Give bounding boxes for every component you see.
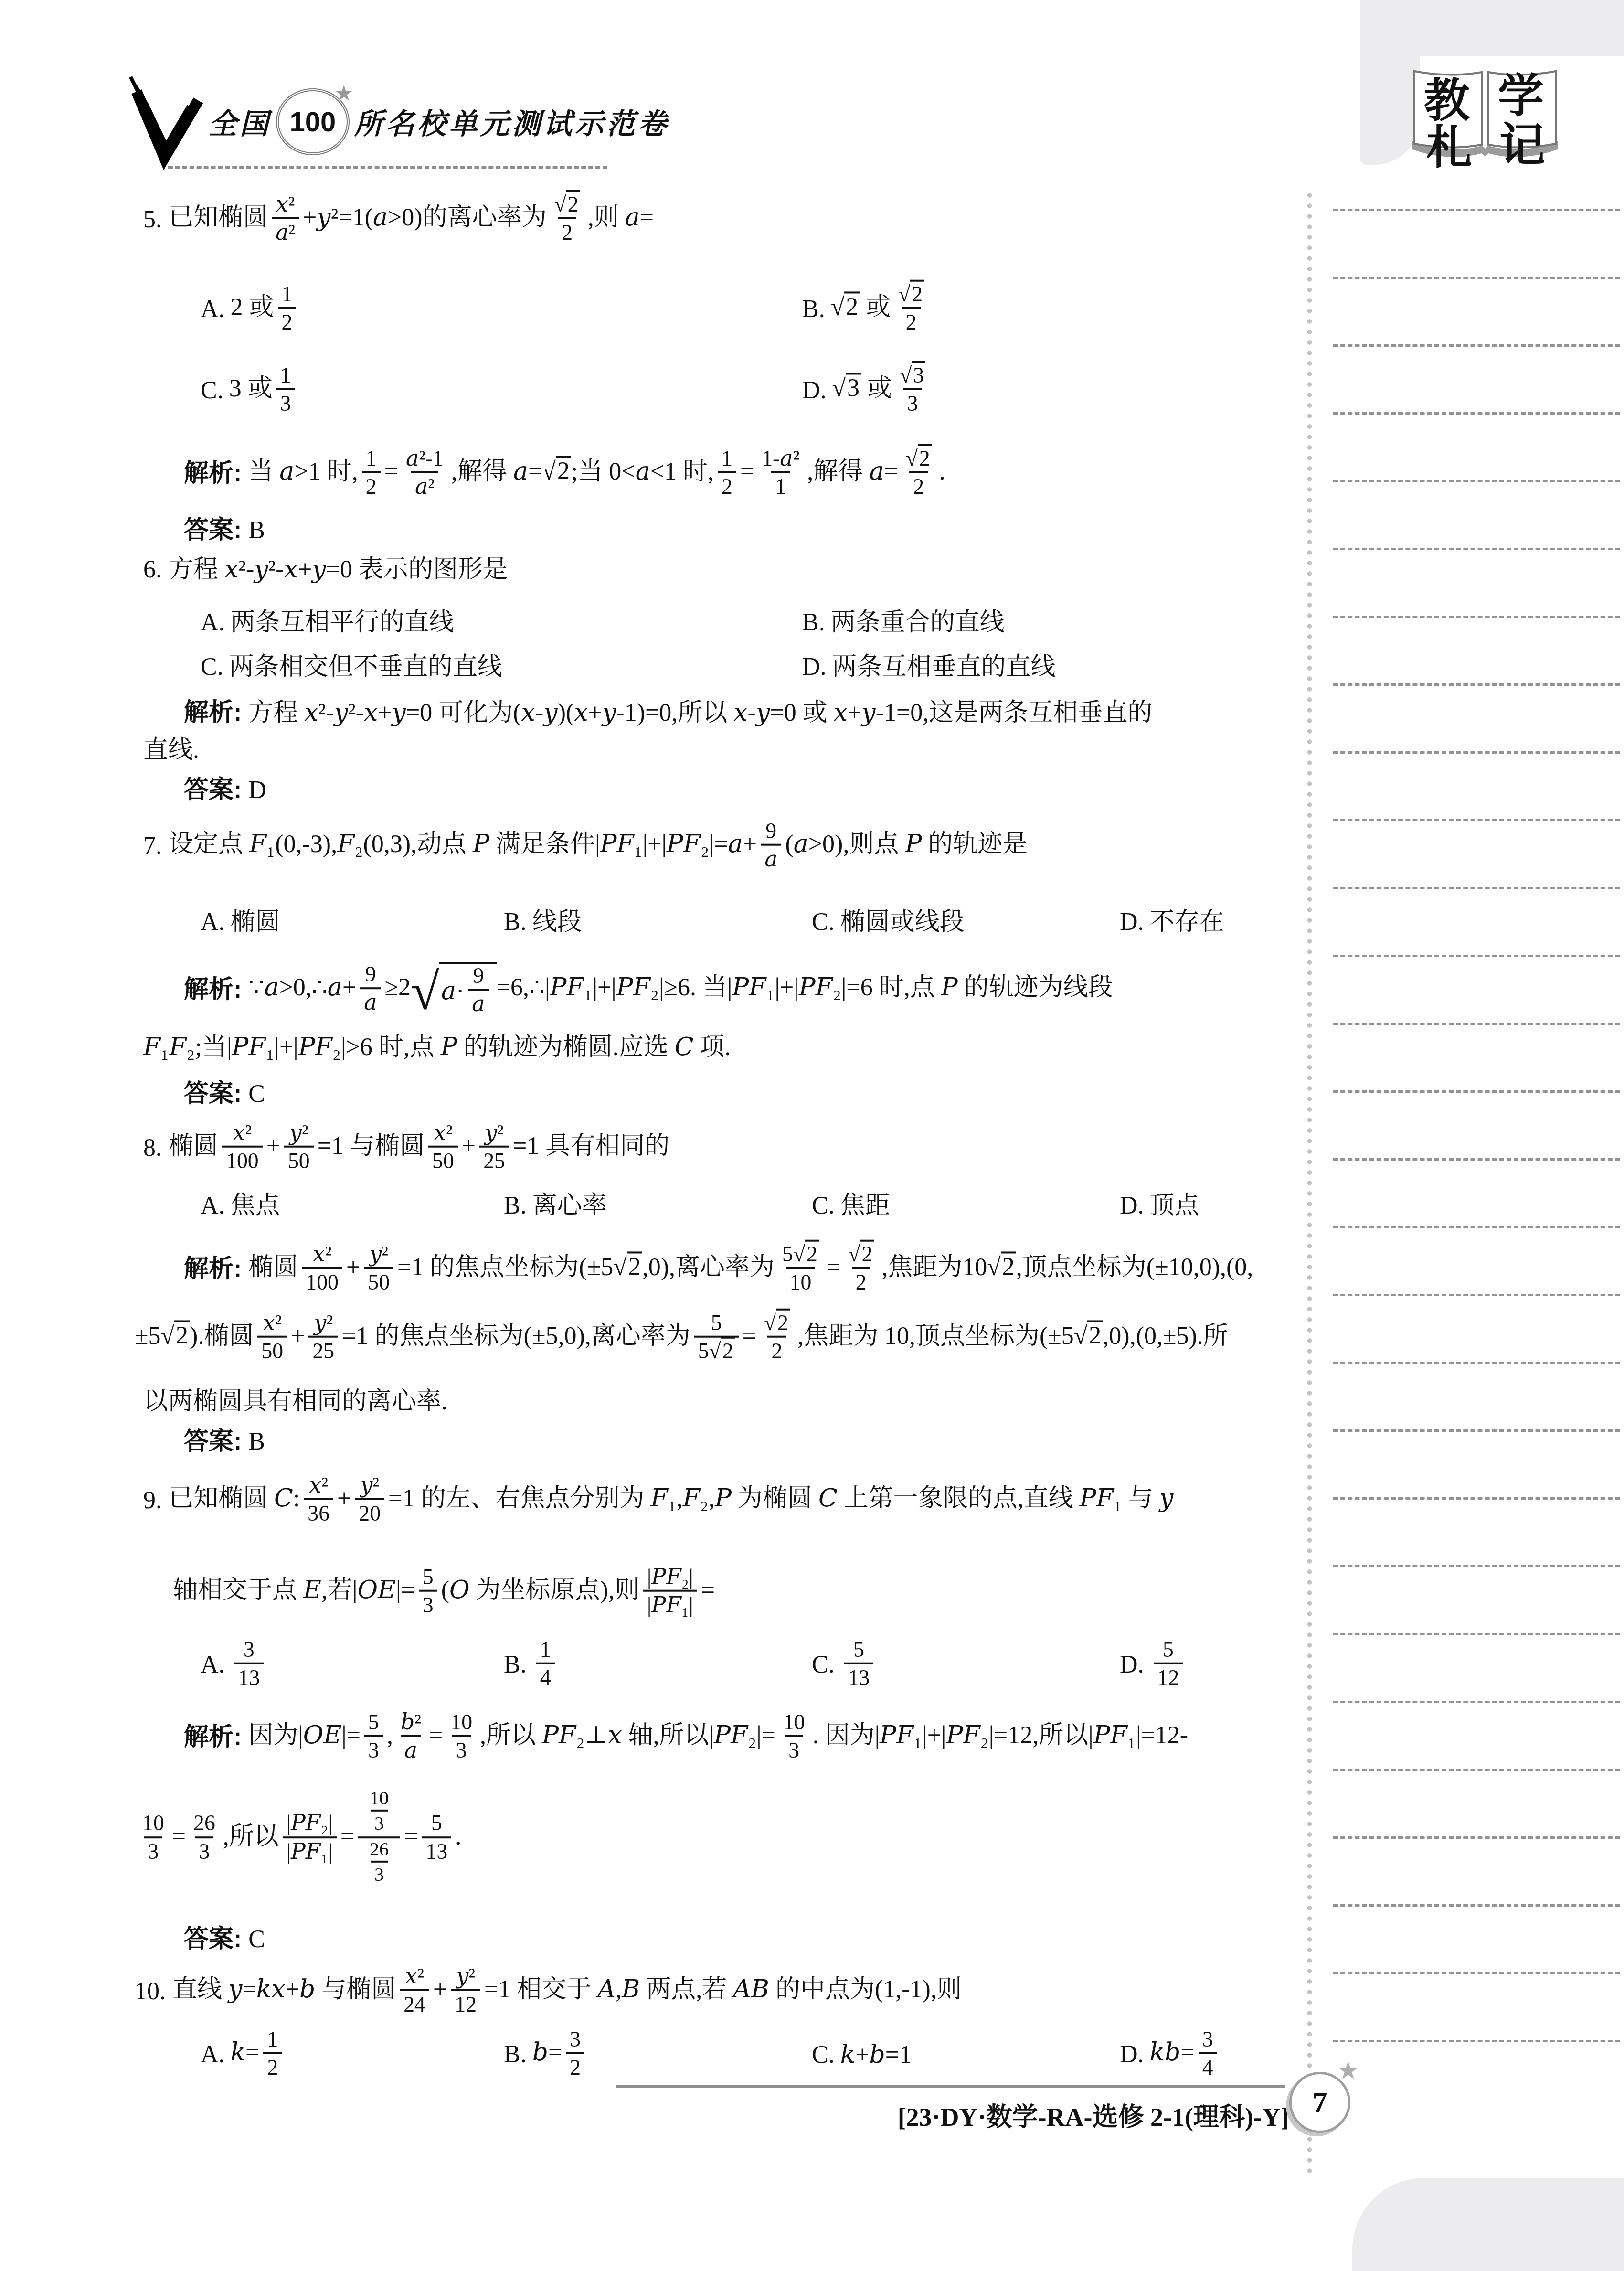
q8-option-a: A. 焦点: [201, 1190, 280, 1221]
q9-stem-2: 轴相交于点 E,若|OE|=53(O 为坐标原点),则|PF₂||PF₁|=: [173, 1567, 715, 1618]
note-dashed-line: [1333, 616, 1620, 618]
note-dashed-line: [1333, 1158, 1620, 1161]
q9-option-d: D. 512: [1120, 1639, 1187, 1690]
q8-option-d: D. 顶点: [1120, 1190, 1199, 1221]
q9-option-a: A. 313: [201, 1639, 267, 1690]
q10-option-a: A. k=12: [201, 2029, 286, 2080]
q6-analysis-1: 解析: 方程 x²-y²-x+y=0 可化为(x-y)(x+y-1)=0,所以 …: [184, 697, 1152, 728]
note-dashed-line: [1333, 887, 1620, 889]
note-dashed-line: [1333, 209, 1620, 211]
q9-option-b: B. 14: [504, 1639, 559, 1690]
q8-analysis-2: ±5√2).椭圆x²50+y²25=1 的焦点坐标为(±5,0),离心率为55√…: [135, 1312, 1228, 1364]
note-dashed-line: [1333, 1904, 1620, 1907]
note-dashed-line: [1333, 548, 1620, 550]
header-dashed-underline: [168, 166, 607, 169]
note-dashed-line: [1333, 1836, 1620, 1839]
note-dashed-line: [1333, 344, 1620, 347]
q5-option-d: D. √3 或√33: [802, 365, 933, 416]
brand-title-prefix: 全国: [208, 101, 271, 142]
brand-title-suffix: 所名校单元测试示范卷: [354, 101, 669, 142]
q9-stem-1: 9. 已知椭圆 C:x²36+y²20=1 的左、右焦点分别为 F₁,F₂,P …: [143, 1475, 1173, 1526]
q7-stem: 7. 设定点 F₁(0,-3),F₂(0,3),动点 P 满足条件|PF₁|+|…: [143, 821, 1027, 872]
q7-analysis-2: F₁F₂;当|PF₁|+|PF₂|>6 时,点 P 的轨迹为椭圆.应选 C 项.: [143, 1032, 731, 1063]
q7-option-c: C. 椭圆或线段: [812, 906, 965, 938]
corner-decoration-bottom: [1352, 2178, 1624, 2271]
q10-option-d: D. kb=34: [1120, 2029, 1221, 2080]
footer-divider: [616, 2085, 1285, 2088]
q7-option-d: D. 不存在: [1120, 906, 1224, 938]
q5-stem: 5. 已知椭圆x²a²+y²=1(a>0)的离心率为√22,则 a=: [143, 194, 654, 245]
q10-option-c: C. k+b=1: [812, 2039, 912, 2070]
q6-option-b: B. 两条重合的直线: [802, 607, 1005, 638]
q7-option-b: B. 线段: [504, 906, 582, 938]
note-dashed-line: [1333, 1429, 1620, 1432]
q6-analysis-2: 直线.: [143, 735, 199, 766]
note-dashed-line: [1333, 2040, 1620, 2042]
q8-analysis-1: 解析: 椭圆x²100+y²50=1 的焦点坐标为(±5√2,0),离心率为5√…: [184, 1244, 1253, 1295]
footer-code: [23·DY·数学-RA-选修 2-1(理科)-Y]: [616, 2097, 1289, 2133]
q10-option-b: B. b=32: [504, 2029, 588, 2080]
note-dashed-line: [1333, 1023, 1620, 1025]
q8-stem: 8. 椭圆x²100+y²50=1 与椭圆x²50+y²25=1 具有相同的: [143, 1122, 669, 1173]
q8-option-b: B. 离心率: [504, 1190, 607, 1221]
perforation-dots: [1307, 190, 1312, 2177]
q6-option-a: A. 两条互相平行的直线: [201, 607, 454, 638]
q7-answer: 答案: C: [184, 1078, 265, 1109]
note-dashed-line: [1333, 1769, 1620, 1771]
note-dashed-line: [1333, 1565, 1620, 1567]
q8-answer: 答案: B: [184, 1426, 265, 1457]
q7-analysis-1: 解析: ∵a>0,∴a+9a≥2√a·9a=6,∴|PF₁|+|PF₂|≥6. …: [184, 962, 1113, 1017]
note-dashed-line: [1333, 1090, 1620, 1093]
note-dashed-line: [1333, 1633, 1620, 1635]
q6-stem: 6. 方程 x²-y²-x+y=0 表示的图形是: [143, 554, 508, 585]
q9-option-c: C. 513: [812, 1639, 877, 1690]
q6-option-d: D. 两条互相垂直的直线: [802, 651, 1056, 682]
brand-100-badge: 100 ★: [276, 88, 350, 155]
quill-shield-icon: [126, 75, 207, 171]
q7-option-a: A. 椭圆: [201, 906, 280, 938]
q10-stem: 10. 直线 y=kx+b 与椭圆x²24+y²12=1 相交于 A,B 两点,…: [135, 1966, 962, 2017]
q9-answer: 答案: C: [184, 1924, 265, 1955]
q6-answer: 答案: D: [184, 775, 266, 806]
note-dashed-line: [1333, 1362, 1620, 1364]
note-dashed-line: [1333, 480, 1620, 482]
book-char-3: 札: [1426, 111, 1472, 176]
q5-answer: 答案: B: [184, 515, 265, 546]
note-dashed-line: [1333, 1226, 1620, 1228]
q5-option-a: A. 2 或12: [201, 284, 300, 335]
book-char-4: 记: [1499, 108, 1545, 174]
q5-analysis: 解析: 当 a>1 时,12=a²-1a²,解得 a=√2;当 0<a<1 时,…: [184, 448, 945, 499]
q9-analysis-2: 103=263,所以|PF₂||PF₁|=103263=513.: [135, 1791, 461, 1887]
star-icon: ★: [1337, 2057, 1359, 2085]
q8-option-c: C. 焦距: [812, 1190, 890, 1221]
corner-decoration-top2: [1376, 0, 1624, 56]
note-dashed-line: [1333, 1972, 1620, 1974]
note-dashed-line: [1333, 819, 1620, 821]
note-dashed-line: [1333, 955, 1620, 957]
q9-analysis-1: 解析: 因为|OE|=53,b²a=103,所以 PF₂⊥x 轴,所以|PF₂|…: [184, 1712, 1188, 1763]
note-dashed-line: [1333, 1294, 1620, 1296]
brand-title: 全国 100 ★ 所名校单元测试示范卷: [208, 88, 669, 155]
note-dashed-line: [1333, 412, 1620, 415]
star-icon: ★: [335, 83, 352, 105]
note-dashed-line: [1333, 1497, 1620, 1500]
note-dashed-line: [1333, 751, 1620, 754]
q5-option-b: B. √2 或√22: [802, 284, 932, 335]
exam-page: { "header": { "logo_prefix": "全国", "logo…: [0, 0, 1624, 2271]
note-dashed-line: [1333, 277, 1620, 279]
note-dashed-line: [1333, 1701, 1620, 1703]
q5-option-c: C. 3 或13: [201, 365, 299, 416]
q6-option-c: C. 两条相交但不垂直的直线: [201, 651, 502, 682]
note-dashed-line: [1333, 683, 1620, 686]
q8-analysis-3: 以两椭圆具有相同的离心率.: [143, 1386, 447, 1417]
